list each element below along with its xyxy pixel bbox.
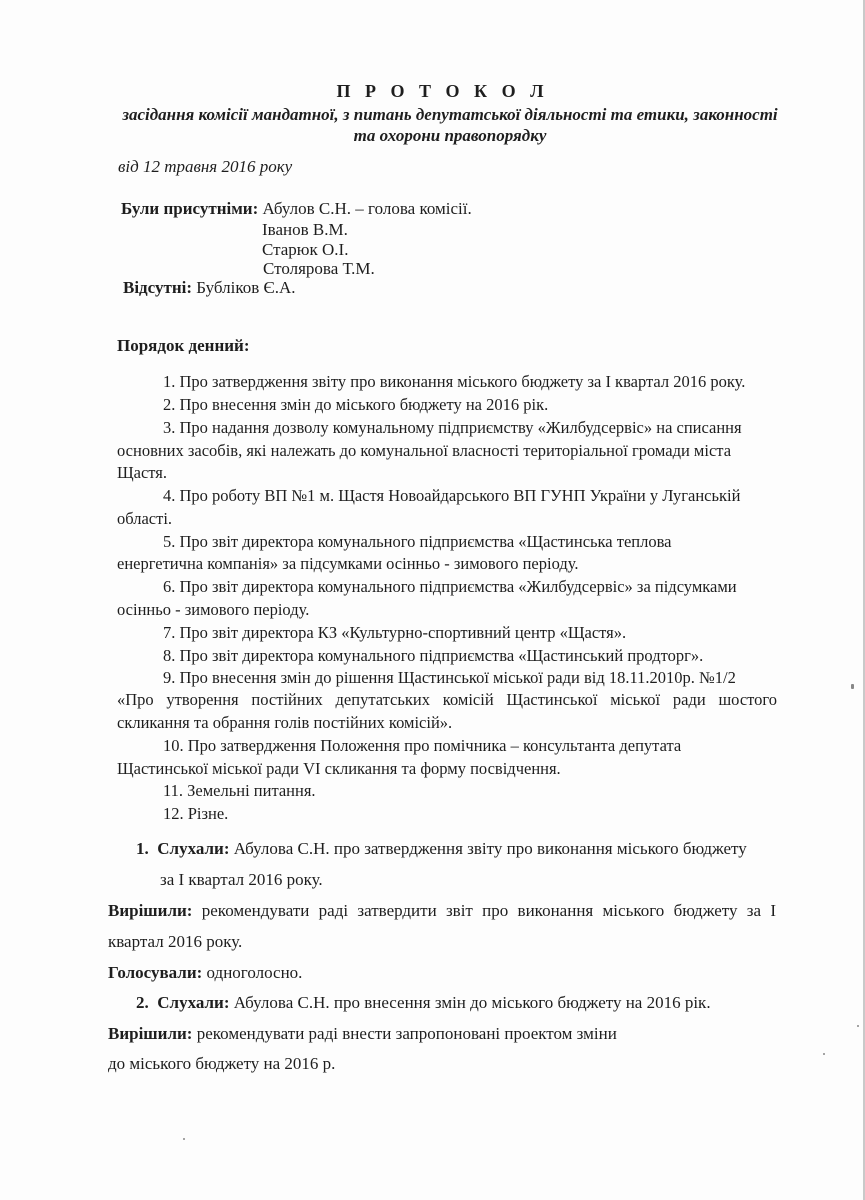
agenda-item: 11. Земельні питання.: [163, 781, 316, 801]
agenda-item-cont: енергетична компанія» за підсумками осін…: [117, 554, 578, 574]
agenda-item: 9. Про внесення змін до рішення Щастинсь…: [163, 668, 736, 688]
present-member: Абулов С.Н. – голова комісії.: [263, 199, 472, 218]
absent-section: Відсутні: Бубліков Є.А.: [123, 278, 296, 298]
agenda-item: 5. Про звіт директора комунального підпр…: [163, 532, 672, 552]
decided-text-cont: до міського бюджету на 2016 р.: [108, 1054, 335, 1074]
present-member: Іванов В.М.: [262, 220, 348, 240]
decided-label: Вирішили:: [108, 1024, 192, 1043]
agenda-item: 7. Про звіт директора КЗ «Культурно-спор…: [163, 623, 626, 643]
agenda-item: 2. Про внесення змін до міського бюджету…: [163, 395, 548, 415]
agenda-item-cont: скликання та обрання голів постійних ком…: [117, 713, 452, 733]
agenda-item-cont: області.: [117, 509, 172, 529]
decided-label: Вирішили:: [108, 901, 192, 920]
item-number: 1.: [136, 839, 149, 858]
absent-member: Бубліков Є.А.: [196, 278, 295, 297]
document-subtitle: засідання комісії мандатної, з питань де…: [110, 104, 790, 146]
item-2-heard: 2. Слухали: Абулова С.Н. про внесення зм…: [136, 993, 711, 1013]
heard-text: Абулова С.Н. про внесення змін до місько…: [234, 993, 711, 1012]
scan-speck: [851, 684, 854, 689]
voted-label: Голосували:: [108, 963, 202, 982]
agenda-item-cont: основних засобів, які належать до комуна…: [117, 441, 731, 461]
agenda-item-cont: Щастинської міської ради VI скликання та…: [117, 759, 561, 779]
scan-speck: [183, 1138, 185, 1140]
agenda-item: 1. Про затвердження звіту про виконання …: [163, 372, 745, 392]
item-1-decided: Вирішили: рекомендувати раді затвердити …: [108, 901, 776, 921]
agenda-item: 12. Різне.: [163, 804, 228, 824]
present-member: Старюк О.І.: [262, 240, 348, 260]
heard-label: Слухали:: [157, 993, 229, 1012]
agenda-heading: Порядок денний:: [117, 336, 250, 356]
document-title: П Р О Т О К О Л: [0, 81, 865, 101]
decided-text: рекомендувати раді внести запропоновані …: [197, 1024, 617, 1043]
agenda-item-cont: Щастя.: [117, 463, 167, 483]
item-1-heard: 1. Слухали: Абулова С.Н. про затвердженн…: [136, 839, 776, 859]
heard-label: Слухали:: [157, 839, 229, 858]
agenda-item: 8. Про звіт директора комунального підпр…: [163, 646, 703, 666]
agenda-item-cont: осінньо - зимового періоду.: [117, 600, 309, 620]
heard-text: Абулова С.Н. про затвердження звіту про …: [234, 839, 747, 858]
document-date: від 12 травня 2016 року: [118, 157, 292, 177]
decided-text-cont: квартал 2016 року.: [108, 932, 242, 952]
agenda-item: 3. Про надання дозволу комунальному підп…: [163, 418, 742, 438]
voted-text: одноголосно.: [207, 963, 303, 982]
scan-speck: [857, 1025, 859, 1027]
absent-label: Відсутні:: [123, 278, 192, 297]
item-number: 2.: [136, 993, 149, 1012]
agenda-item: 10. Про затвердження Положення про поміч…: [163, 736, 681, 756]
present-section: Були присутніми: Абулов С.Н. – голова ко…: [121, 199, 472, 219]
agenda-label: Порядок денний:: [117, 336, 250, 355]
present-member: Столярова Т.М.: [263, 259, 375, 279]
document-page: П Р О Т О К О Л засідання комісії мандат…: [0, 0, 865, 1200]
agenda-item: 4. Про роботу ВП №1 м. Щастя Новоайдарсь…: [163, 486, 740, 506]
decided-text: рекомендувати раді затвердити звіт про в…: [202, 901, 776, 920]
agenda-item-cont: «Про утворення постійних депутатських ко…: [117, 690, 777, 710]
item-2-decided: Вирішили: рекомендувати раді внести запр…: [108, 1024, 617, 1044]
agenda-item: 6. Про звіт директора комунального підпр…: [163, 577, 737, 597]
present-label: Були присутніми:: [121, 199, 258, 218]
item-1-voted: Голосували: одноголосно.: [108, 963, 302, 983]
heard-text-cont: за І квартал 2016 року.: [160, 870, 323, 890]
scan-speck: [823, 1053, 825, 1055]
